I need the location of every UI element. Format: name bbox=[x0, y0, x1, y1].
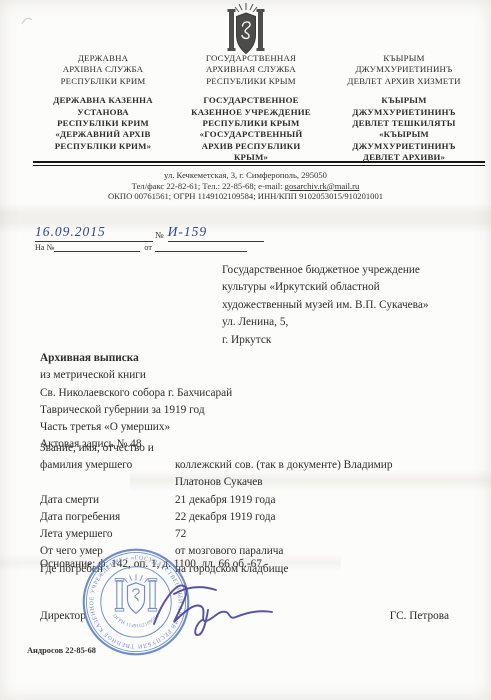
handwritten-date: 16.09.2015 bbox=[35, 224, 106, 239]
executor-contact: Андросов 22-85-68 bbox=[27, 646, 96, 655]
record-row-name: Звание, имя, отчество и фамилия умершего… bbox=[40, 440, 470, 492]
email-link[interactable]: gosarchiv.rk@mail.ru bbox=[285, 181, 360, 191]
reply-number-blank bbox=[54, 251, 140, 252]
basis-line: Основание: ф. 142, оп. 1, д. 1100, лл. 6… bbox=[40, 558, 265, 570]
contacts-line: Тел/факс 22-82-61; Тел.: 22-85-68; e-mai… bbox=[0, 181, 491, 192]
reference-line: 16.09.2015 № И-159 bbox=[35, 224, 275, 242]
org-service-uk: ДЕРЖАВНА АРХІВНА СЛУЖБА РЕСПУБЛІКИ КРИМ bbox=[30, 53, 176, 87]
record-label: Звание, имя, отчество и фамилия умершего bbox=[40, 440, 175, 492]
record-row-burial-date: Дата погребения 22 декабря 1919 года bbox=[40, 509, 470, 526]
org-service-ru: ГОСУДАРСТВЕННАЯ АРХИВНАЯ СЛУЖБА РЕСПУБЛИ… bbox=[176, 53, 326, 87]
handwritten-number: И-159 bbox=[168, 224, 208, 239]
number-sign: № bbox=[153, 230, 168, 242]
reply-reference-line: На № от bbox=[35, 243, 275, 252]
org-service-crh: КЪЫРЫМ ДЖУМХУРИЕТИНИНЪ ДЕВЛЕТ АРХИВ ХИЗМ… bbox=[326, 53, 482, 87]
recipient-address: Государственное бюджетное учреждение кул… bbox=[222, 262, 490, 349]
crimea-coat-of-arms-icon bbox=[226, 2, 266, 56]
record-label: Дата погребения bbox=[40, 509, 175, 526]
letterhead-organizations: ДЕРЖАВНА АРХІВНА СЛУЖБА РЕСПУБЛІКИ КРИМ … bbox=[30, 53, 482, 164]
pencil-mark bbox=[20, 14, 36, 28]
record-label: Дата смерти bbox=[40, 492, 175, 509]
record-value: 72 bbox=[175, 526, 470, 543]
reply-na-label: На № bbox=[35, 243, 54, 252]
record-value: 22 декабря 1919 года bbox=[175, 509, 470, 526]
signature-block: Директор ГС. Петрова bbox=[40, 610, 449, 622]
address-line: ул. Кечкеметская, 3, г. Симферополь, 295… bbox=[0, 170, 491, 181]
org-institution-uk: ДЕРЖАВНА КАЗЕННА УСТАНОВА РЕСПУБЛІКИ КРИ… bbox=[30, 95, 176, 163]
reference-block: 16.09.2015 № И-159 На № от bbox=[35, 224, 275, 252]
letterhead-address-block: ул. Кечкеметская, 3, г. Симферополь, 295… bbox=[0, 170, 491, 202]
record-row-death-date: Дата смерти 21 декабря 1919 года bbox=[40, 492, 470, 509]
org-institution-ru: ГОСУДАРСТВЕННОЕ КАЗЕННОЕ УЧРЕЖДЕНИЕ РЕСП… bbox=[176, 95, 326, 163]
extract-title: Архивная выписка bbox=[40, 350, 370, 367]
org-institution-crh: КЪЫРЫМ ДЖУМХУРИЕТИНИНЪ ДЕВЛЕТ ТЕШКИЛЯТЫ … bbox=[326, 95, 482, 163]
codes-line: ОКПО 00761561; ОГРН 1149102109584; ИНН/К… bbox=[0, 191, 491, 202]
position-title: Директор bbox=[40, 610, 86, 622]
record-row-age: Лета умершего 72 bbox=[40, 526, 470, 543]
reply-date-blank bbox=[155, 251, 247, 252]
scanned-document-page: ДЕРЖАВНА АРХІВНА СЛУЖБА РЕСПУБЛІКИ КРИМ … bbox=[0, 0, 491, 700]
director-signature bbox=[146, 570, 280, 644]
phones-text: Тел/факс 22-82-61; Тел.: 22-85-68; e-mai… bbox=[132, 181, 285, 191]
record-value: 21 декабря 1919 года bbox=[175, 492, 470, 509]
letterhead-divider-rule bbox=[33, 161, 485, 166]
record-label: Лета умершего bbox=[40, 526, 175, 543]
signer-name: ГС. Петрова bbox=[390, 610, 449, 622]
reply-ot-label: от bbox=[144, 243, 152, 252]
record-value: коллежский сов. (так в документе) Владим… bbox=[175, 440, 470, 492]
extract-heading-block: Архивная выписка из метрической книги Св… bbox=[40, 350, 370, 454]
stamp-emblem bbox=[115, 574, 157, 613]
